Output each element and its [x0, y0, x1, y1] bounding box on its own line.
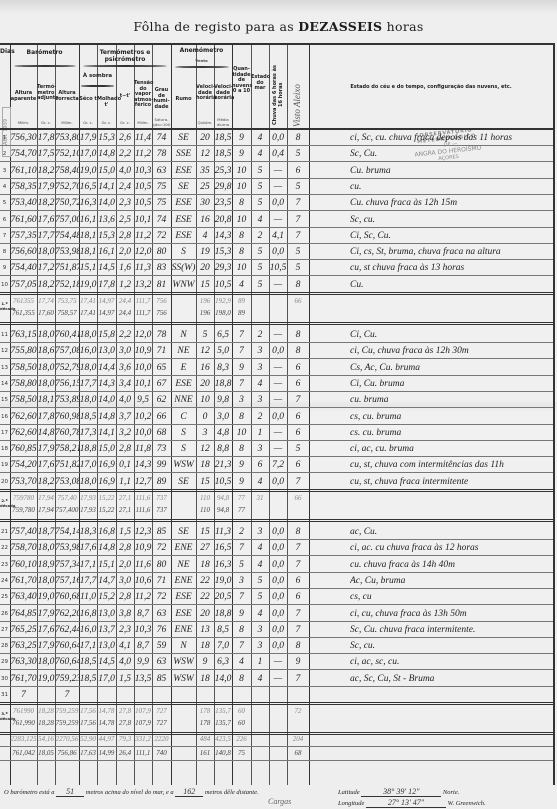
cell-mar: 2 — [251, 229, 269, 244]
weather-observation: Ci, Cu. — [350, 328, 550, 343]
total-tens: 331,2 — [134, 735, 152, 743]
cell-seco: 15,1 — [79, 261, 97, 276]
cell-alt_cor: 751,87 — [55, 261, 79, 276]
table-row: 11763,1518,0760,4118,015,82,212,078N56,5… — [0, 327, 553, 343]
decade-summary: 2.ª década759780759,78017,9417,94757,407… — [0, 492, 553, 518]
cell-alt_ap: 754,40 — [10, 261, 37, 276]
cell-x: 6 — [287, 458, 309, 473]
cell-mar: 3 — [251, 623, 269, 638]
cell-v1: 35 — [196, 164, 214, 179]
cell-term: 17,8 — [37, 410, 55, 425]
cell-mar: 3 — [251, 393, 269, 408]
cell-term: 19,0 — [37, 672, 55, 687]
cell-x: 5 — [287, 261, 309, 276]
total-hum: 740 — [152, 749, 171, 757]
table-row: 17762,6014,8760,7817,314,13,210,068S34,8… — [0, 425, 553, 441]
cell-v1: 15 — [196, 475, 214, 490]
weather-observation: Sc, cu. — [350, 213, 550, 228]
sum-term: 18,28 — [37, 707, 55, 715]
cell-alt_cor: 750,72 — [55, 196, 79, 211]
cell-x: 6 — [287, 574, 309, 589]
cell-v2: 8,3 — [214, 361, 232, 376]
cell-rumo: N — [171, 328, 196, 343]
cell-tens: 9,5 — [134, 393, 152, 408]
cell-seco: 17,0 — [79, 458, 97, 473]
cell-seco: 17,7 — [79, 377, 97, 392]
cell-term: 18,7 — [37, 525, 55, 540]
cell-x: 7 — [287, 393, 309, 408]
cell-nuv: 9 — [232, 607, 251, 622]
weather-observation: cs. cu. bruma — [350, 426, 550, 441]
total-tens: 111,1 — [134, 749, 152, 757]
weather-observation: cu. chuva fraca às 14h 40m — [350, 558, 550, 573]
cell-v2: 29,3 — [214, 261, 232, 276]
day-number: 13 — [0, 361, 9, 376]
total-nuv: 226 — [232, 735, 251, 743]
cell-v2: 20,5 — [214, 590, 232, 605]
cell-chuva: 0,0 — [269, 541, 287, 556]
cell-seco: 18,0 — [79, 475, 97, 490]
cell-tens: 10,5 — [134, 180, 152, 195]
total-hum: 2220 — [152, 735, 171, 743]
cell-molh: 16,9 — [97, 475, 116, 490]
cell-chuva: 7,2 — [269, 458, 287, 473]
cell-x: 8 — [287, 278, 309, 293]
cell-chuva: 0,0 — [269, 558, 287, 573]
month-total-row: 2283,12554,162270,5652,9044,9779,3331,22… — [0, 733, 553, 747]
total-divider — [0, 760, 553, 761]
cell-alt_cor: 760,64 — [55, 639, 79, 654]
cell-hum: 67 — [152, 377, 171, 392]
cell-rumo: ESE — [171, 213, 196, 228]
total-diff: 79,3 — [116, 735, 134, 743]
cell-diff: 3,0 — [116, 574, 134, 589]
avg-nuv: 89 — [232, 309, 251, 317]
header-estado-ceu: Estado do céu e do tempo, configuração d… — [309, 85, 553, 91]
cell-v1: 5 — [196, 328, 214, 343]
cell-alt_ap: 756,60 — [10, 245, 37, 260]
sum-hum: 737 — [152, 494, 171, 502]
cell-v2: 18,5 — [214, 131, 232, 146]
total-alt_cor: 756,86 — [55, 749, 79, 757]
cell-tens: 10,1 — [134, 213, 152, 228]
cell-tens: 12,0 — [134, 328, 152, 343]
cell-alt_ap: 761,70 — [10, 672, 37, 687]
cell-rumo: SE — [171, 525, 196, 540]
cell-alt_cor: 753,98 — [55, 541, 79, 556]
cell-v2: 25,3 — [214, 164, 232, 179]
avg-diff: 27,8 — [116, 719, 134, 727]
weather-observation: ci, Cu, chuva fraca às 12h 30m — [350, 344, 550, 359]
cell-alt_ap: 757,35 — [10, 229, 37, 244]
avg-diff: 27,1 — [116, 506, 134, 514]
cell-nuv: 8 — [232, 229, 251, 244]
cell-chuva: 0,0 — [269, 607, 287, 622]
avg-nuv: 60 — [232, 719, 251, 727]
sum-seco: 17,93 — [79, 494, 97, 502]
cell-v2: 6,3 — [214, 655, 232, 670]
day-number: 30 — [0, 672, 9, 687]
cell-mar: 6 — [251, 458, 269, 473]
cell-alt_ap: 758,80 — [10, 377, 37, 392]
cell-nuv: 2 — [232, 525, 251, 540]
avg-alt_ap: 761,355 — [10, 309, 37, 317]
cell-tens: 11,2 — [134, 147, 152, 162]
cell-diff: 2,5 — [116, 213, 134, 228]
sum-alt_ap: 761355 — [10, 297, 37, 305]
cell-hum: 74 — [152, 131, 171, 146]
day-number: 29 — [0, 655, 9, 670]
cell-alt_ap: 763,25 — [10, 639, 37, 654]
day-number: 27 — [0, 623, 9, 638]
cell-nuv: 7 — [232, 377, 251, 392]
day-number: 19 — [0, 458, 9, 473]
sum-mar: 31 — [251, 494, 269, 502]
cell-v2: 16,5 — [214, 541, 232, 556]
avg-alt_cor: 759,259 — [55, 719, 79, 727]
cell-nuv: 8 — [232, 623, 251, 638]
day-number: 9 — [0, 261, 9, 276]
table-row: 6761,6017,6757,0016,113,62,510,174ESE162… — [0, 212, 553, 228]
sum-tens: 111,6 — [134, 494, 152, 502]
cell-seco: 11,0 — [79, 590, 97, 605]
cell-mar: 4 — [251, 475, 269, 490]
cell-mar: 4 — [251, 213, 269, 228]
cell-term: 18,0 — [37, 377, 55, 392]
decade-divider-bottom — [0, 322, 553, 325]
cell-diff: 4,0 — [116, 393, 134, 408]
avg-v2: 135,7 — [214, 719, 232, 727]
table-row: 23760,1018,9757,3417,115,12,011,680NE181… — [0, 557, 553, 573]
cell-x: 7 — [287, 541, 309, 556]
cell-chuva: — — [269, 328, 287, 343]
avg-alt_ap: 759,780 — [10, 506, 37, 514]
cell-nuv: 10 — [232, 180, 251, 195]
cell-tens: 13,5 — [134, 672, 152, 687]
cell-hum: 62 — [152, 393, 171, 408]
cell-hum: 72 — [152, 541, 171, 556]
cell-rumo: ESE — [171, 164, 196, 179]
cell-hum: 66 — [152, 410, 171, 425]
cell-hum: 63 — [152, 655, 171, 670]
total-v1: 161 — [196, 749, 214, 757]
cell-rumo: SE — [171, 180, 196, 195]
cell-molh: 15,0 — [97, 442, 116, 457]
day-number: 7 — [0, 229, 9, 244]
cell-diff: 2,0 — [116, 558, 134, 573]
cell-hum: 75 — [152, 180, 171, 195]
cell-molh: 13,6 — [97, 213, 116, 228]
cell-nuv: 7 — [232, 328, 251, 343]
cell-hum: 75 — [152, 196, 171, 211]
sum-molh: 14,78 — [97, 707, 116, 715]
cell-nuv: 9 — [232, 147, 251, 162]
cell-chuva: 0,0 — [269, 525, 287, 540]
cell-alt_ap: 754,70 — [10, 147, 37, 162]
sum-molh: 14,97 — [97, 297, 116, 305]
cell-hum: 71 — [152, 574, 171, 589]
cell-nuv: 5 — [232, 558, 251, 573]
weather-observation: ac, Sc, Cu, St - Bruma — [350, 672, 550, 687]
cell-seco: 16,5 — [79, 180, 97, 195]
cell-rumo: E — [171, 361, 196, 376]
cell-alt_cor: 757,16 — [55, 574, 79, 589]
day-number: 24 — [0, 574, 9, 589]
cell-mar: 5 — [251, 278, 269, 293]
weather-observation: ci, ac, sc, cu. — [350, 655, 550, 670]
cell-term: 18,9 — [37, 558, 55, 573]
cell-x: 8 — [287, 328, 309, 343]
cell-v2: 11,3 — [214, 525, 232, 540]
cell-rumo: ESE — [171, 196, 196, 211]
cell-tens: 10,3 — [134, 623, 152, 638]
cell-v2: 16,3 — [214, 558, 232, 573]
cell-mar: 3 — [251, 344, 269, 359]
cell-x: 5 — [287, 147, 309, 162]
cell-molh: 13,0 — [97, 607, 116, 622]
cell-x: 8 — [287, 344, 309, 359]
cell-rumo: ESE — [171, 377, 196, 392]
sum-x: 66 — [287, 297, 309, 305]
cell-rumo: ENE — [171, 574, 196, 589]
barometer-distance: 162 — [175, 787, 203, 797]
cell-nuv: 9 — [232, 458, 251, 473]
cell-mar: 2 — [251, 328, 269, 343]
cell-alt_cor: 760,68 — [55, 590, 79, 605]
day-number: 15 — [0, 393, 9, 408]
cell-rumo: WSW — [171, 458, 196, 473]
cell-term: 19,0 — [37, 590, 55, 605]
cell-chuva: — — [269, 655, 287, 670]
cell-seco: 18,5 — [79, 655, 97, 670]
cell-v1: 18 — [196, 458, 214, 473]
total-term: 54,16 — [37, 735, 55, 743]
cell-molh: 14,7 — [97, 574, 116, 589]
cell-diff: 1,5 — [116, 525, 134, 540]
cell-molh: 17,8 — [97, 278, 116, 293]
table-row: 3761,1018,2758,4019,015,04,010,363ESE352… — [0, 163, 553, 179]
cell-x: 8 — [287, 131, 309, 146]
barometer-height: 51 — [56, 787, 84, 797]
cell-term: 18,2 — [37, 164, 55, 179]
cell-diff: 2,8 — [116, 229, 134, 244]
cell-v2: 18,5 — [214, 147, 232, 162]
header-dias: Dias — [0, 48, 10, 55]
cell-mar: 4 — [251, 558, 269, 573]
cell-rumo — [171, 688, 196, 703]
table-row: 16762,6017,8760,9818,514,83,710,266C03,0… — [0, 409, 553, 425]
cell-v1: 22 — [196, 574, 214, 589]
cell-term: 18,0 — [37, 541, 55, 556]
cell-hum: 68 — [152, 426, 171, 441]
weather-observation: cs, cu. bruma — [350, 410, 550, 425]
cell-seco — [79, 688, 97, 703]
cell-alt_cor: 752,79 — [55, 361, 79, 376]
avg-tens: 111,7 — [134, 309, 152, 317]
decade-label: 1.ª década — [0, 301, 9, 311]
cell-alt_ap: 760,10 — [10, 558, 37, 573]
avg-alt_cor: 757,400 — [55, 506, 79, 514]
cell-mar: 5 — [251, 196, 269, 211]
sum-diff: 27,8 — [116, 707, 134, 715]
cell-alt_ap: 758,50 — [10, 393, 37, 408]
cell-chuva: 0,0 — [269, 590, 287, 605]
cell-nuv: 8 — [232, 245, 251, 260]
cell-diff: 2,0 — [116, 245, 134, 260]
cell-molh: 14,1 — [97, 180, 116, 195]
table-row: 27765,2517,6762,4416,013,72,310,376ENE13… — [0, 622, 553, 638]
cell-v1: 16 — [196, 213, 214, 228]
table-row: 12755,8018,6757,0816,013,03,010,971NE125… — [0, 343, 553, 359]
table-row: 21757,4018,7754,1418,316,81,512,385SE151… — [0, 524, 553, 540]
cell-v2: 8,5 — [214, 623, 232, 638]
weather-observation: Cu. — [350, 278, 550, 293]
sum-hum: 756 — [152, 297, 171, 305]
weather-observation: ci, cu, chuva fraca às 13h 50m — [350, 607, 550, 622]
decade-divider-bottom — [0, 519, 553, 522]
decade-summary: 1.ª década761355761,35517,7417,60753,757… — [0, 295, 553, 321]
cell-term: 18,2 — [37, 196, 55, 211]
cell-hum: 74 — [152, 213, 171, 228]
cell-mar: 5 — [251, 164, 269, 179]
cell-mar: 1 — [251, 426, 269, 441]
sum-alt_cor: 759,259 — [55, 707, 79, 715]
decade-label: 2.ª década — [0, 498, 9, 508]
sum-alt_cor: 753,75 — [55, 297, 79, 305]
longitude: Longitude 27° 13' 47" W. Greenwich. — [338, 798, 486, 808]
cell-seco: 18,0 — [79, 328, 97, 343]
cell-diff: 2,8 — [116, 442, 134, 457]
sum-hum: 727 — [152, 707, 171, 715]
cell-seco: 16,0 — [79, 623, 97, 638]
cell-tens: 10,6 — [134, 574, 152, 589]
cell-molh: 14,4 — [97, 361, 116, 376]
cell-diff: 2,3 — [116, 623, 134, 638]
avg-diff: 24,4 — [116, 309, 134, 317]
cell-alt_cor: 751,82 — [55, 458, 79, 473]
cell-rumo: ENE — [171, 541, 196, 556]
sum-v2: 192,9 — [214, 297, 232, 305]
cell-alt_ap: 764,85 — [10, 607, 37, 622]
table-row: 8756,6018,0753,9818,116,12,012,080S1915,… — [0, 244, 553, 260]
table-row: 7757,3517,7754,4818,115,32,811,272ESE414… — [0, 228, 553, 244]
cell-v2: 19,0 — [214, 574, 232, 589]
day-number: 12 — [0, 344, 9, 359]
cell-rumo: S — [171, 245, 196, 260]
cell-hum: 63 — [152, 607, 171, 622]
cell-diff: 4,0 — [116, 655, 134, 670]
cell-mar: 3 — [251, 442, 269, 457]
day-number: 25 — [0, 590, 9, 605]
cell-term: 18,2 — [37, 475, 55, 490]
cell-alt_cor: 760,41 — [55, 328, 79, 343]
cell-x: 6 — [287, 410, 309, 425]
table-row: 29763,3018,0760,6418,514,54,09,963WSW96,… — [0, 654, 553, 670]
cell-term: 17,9 — [37, 442, 55, 457]
sum-seco: 17,56 — [79, 707, 97, 715]
weather-observation: Sc, Cu. chuva fraca intermitente. — [350, 623, 550, 638]
cell-alt_ap: 758,35 — [10, 180, 37, 195]
cell-v2: 18,8 — [214, 607, 232, 622]
cell-chuva: 0,0 — [269, 475, 287, 490]
cell-term: 18,6 — [37, 344, 55, 359]
cell-term: 17,6 — [37, 213, 55, 228]
cell-chuva: — — [269, 377, 287, 392]
cell-term: 17,5 — [37, 147, 55, 162]
cell-term: 18,0 — [37, 574, 55, 589]
cell-molh: 15,3 — [97, 229, 116, 244]
header-termometros: Termómetros e psicrómetro — [79, 49, 171, 63]
cell-v1: 12 — [196, 442, 214, 457]
cell-mar: 4 — [251, 147, 269, 162]
cell-tens: 10,0 — [134, 361, 152, 376]
cell-alt_ap: 757,40 — [10, 525, 37, 540]
cell-v1: 13 — [196, 623, 214, 638]
header-nuvens: Quan-tidade de nuvens 0 a 10 — [232, 67, 251, 95]
weather-observation: cu. bruma — [350, 393, 550, 408]
cell-alt_ap: 753,40 — [10, 196, 37, 211]
cell-chuva: — — [269, 180, 287, 195]
weather-observation: ci, ac, cu. bruma — [350, 442, 550, 457]
cell-seco: 18,5 — [79, 410, 97, 425]
signature: Cargas — [268, 797, 291, 806]
cell-nuv: 10 — [232, 164, 251, 179]
cell-chuva — [269, 688, 287, 703]
cell-v2: 8,8 — [214, 442, 232, 457]
cell-v1: 27 — [196, 541, 214, 556]
cell-v1: 3 — [196, 426, 214, 441]
cell-seco: 18,8 — [79, 442, 97, 457]
cell-seco: 17,1 — [79, 558, 97, 573]
cell-chuva: 0,0 — [269, 574, 287, 589]
cell-mar: 4 — [251, 672, 269, 687]
table-row: 28763,2517,9760,6417,113,04,18,759N187,0… — [0, 638, 553, 654]
cell-tens: 14,3 — [134, 458, 152, 473]
cell-molh: 14,1 — [97, 426, 116, 441]
table-row: 15758,5018,1753,8918,014,04,09,562NNE109… — [0, 392, 553, 408]
sum-v1: 196 — [196, 297, 214, 305]
avg-v1: 196 — [196, 309, 214, 317]
register-table: Dias Barómetro Termómetros e psicrómetro… — [0, 43, 555, 785]
cell-tens: 10,3 — [134, 164, 152, 179]
cell-hum: 63 — [152, 164, 171, 179]
cell-nuv: 10 — [232, 426, 251, 441]
cell-molh: 15,2 — [97, 590, 116, 605]
sum-nuv: 89 — [232, 297, 251, 305]
cell-tens: 10,9 — [134, 541, 152, 556]
cell-rumo: SS(W) — [171, 261, 196, 276]
sum-alt_ap: 759780 — [10, 494, 37, 502]
cell-tens — [134, 688, 152, 703]
cell-term: 17,9 — [37, 180, 55, 195]
cell-diff: 4,0 — [116, 164, 134, 179]
sum-x: 72 — [287, 707, 309, 715]
avg-seco: 17,56 — [79, 719, 97, 727]
cell-v2: 3,0 — [214, 410, 232, 425]
cell-term: 18,1 — [37, 393, 55, 408]
decade-label: 3.ª década — [0, 711, 9, 721]
cell-seco: 16,1 — [79, 213, 97, 228]
cell-x: 7 — [287, 475, 309, 490]
cell-molh — [97, 688, 116, 703]
cell-alt_ap: 762,60 — [10, 426, 37, 441]
cell-molh: 13,7 — [97, 623, 116, 638]
cell-tens: 13,2 — [134, 278, 152, 293]
cell-molh: 16,1 — [97, 245, 116, 260]
cell-seco: 18,0 — [79, 393, 97, 408]
cell-x: 8 — [287, 639, 309, 654]
cell-term: 18,0 — [37, 361, 55, 376]
